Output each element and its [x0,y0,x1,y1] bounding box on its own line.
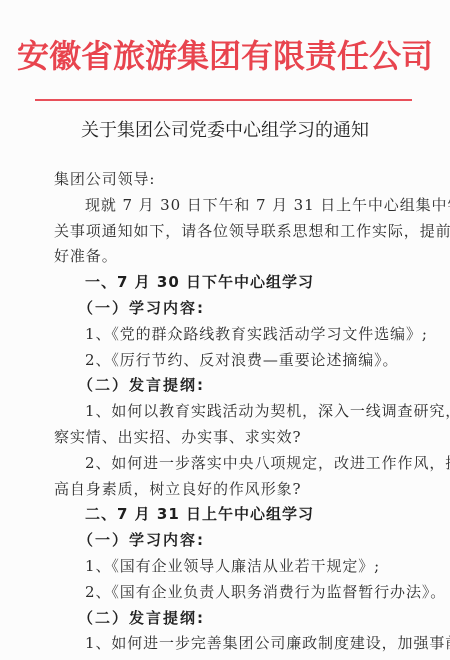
section-heading: 二、7 月 31 日上午中心组学习 [54,502,394,528]
intro-line: 现就 7 月 30 日下午和 7 月 31 日上午中心组集中学习相 [54,193,394,219]
subsection-heading-outline: （二）发言提纲: [54,373,394,399]
document-title: 关于集团公司党委中心组学习的通知 [0,120,450,142]
intro-line: 关事项通知如下，请各位领导联系思想和工作实际，提前做 [54,219,394,245]
intro-line: 好准备。 [54,244,394,270]
outline-item-line: 高自身素质，树立良好的作风形象? [54,477,394,503]
letterhead-divider [35,99,412,101]
subsection-heading-outline: （二）发言提纲: [54,606,394,632]
salutation: 集团公司领导: [54,167,394,193]
study-item: 2、《厉行节约、反对浪费—重要论述摘编》。 [54,348,394,374]
subsection-heading-study: （一）学习内容: [54,296,394,322]
section-heading: 一、7 月 30 日下午中心组学习 [54,270,394,296]
study-item: 1、《国有企业领导人廉洁从业若干规定》; [54,554,394,580]
study-item: 2、《国有企业负责人职务消费行为监督暂行办法》。 [54,580,394,606]
subsection-heading-study: （一）学习内容: [54,528,394,554]
outline-item-line: 2、如何进一步落实中央八项规定，改进工作作风，提 [54,451,394,477]
outline-item-line: 察实情、出实招、办实事、求实效? [54,425,394,451]
letterhead-organization: 安徽省旅游集团有限责任公司 [0,36,450,76]
document-page: 安徽省旅游集团有限责任公司 关于集团公司党委中心组学习的通知 集团公司领导: 现… [0,0,450,660]
study-item: 1、《党的群众路线教育实践活动学习文件选编》; [54,322,394,348]
document-body: 集团公司领导: 现就 7 月 30 日下午和 7 月 31 日上午中心组集中学习… [54,167,394,657]
outline-item-line: 1、如何以教育实践活动为契机，深入一线调查研究， [54,399,394,425]
outline-item-line: 1、如何进一步完善集团公司廉政制度建设，加强事前 [54,631,394,657]
